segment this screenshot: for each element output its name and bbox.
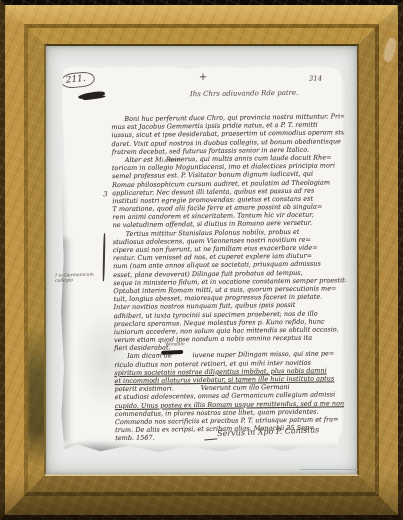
manuscript-page: 211. + 314 Ihs Chrs adiuvando Rde patre.… bbox=[60, 62, 347, 454]
letter-salutation: Ihs Chrs adiuvando Rde patre. bbox=[190, 89, 298, 98]
page-number: 314 bbox=[309, 75, 322, 83]
manuscript-content: 211. + 314 Ihs Chrs adiuvando Rde patre.… bbox=[58, 60, 350, 455]
ink-scribble-blot bbox=[78, 91, 106, 101]
margin-note: † in Germanicum collegio bbox=[55, 272, 107, 284]
white-mat: † in Germanicum collegio 211. + 314 Ihs … bbox=[46, 46, 357, 474]
archive-number-circled: 211. bbox=[60, 71, 95, 89]
framed-letter-photo: † in Germanicum collegio 211. + 314 Ihs … bbox=[0, 0, 403, 520]
mat-rule-line bbox=[300, 469, 358, 470]
margin-numeral: 3 bbox=[103, 190, 108, 198]
letter-body: Boni huc perferunt duce Chro, qui provin… bbox=[111, 112, 347, 442]
cross-mark: + bbox=[199, 72, 210, 83]
